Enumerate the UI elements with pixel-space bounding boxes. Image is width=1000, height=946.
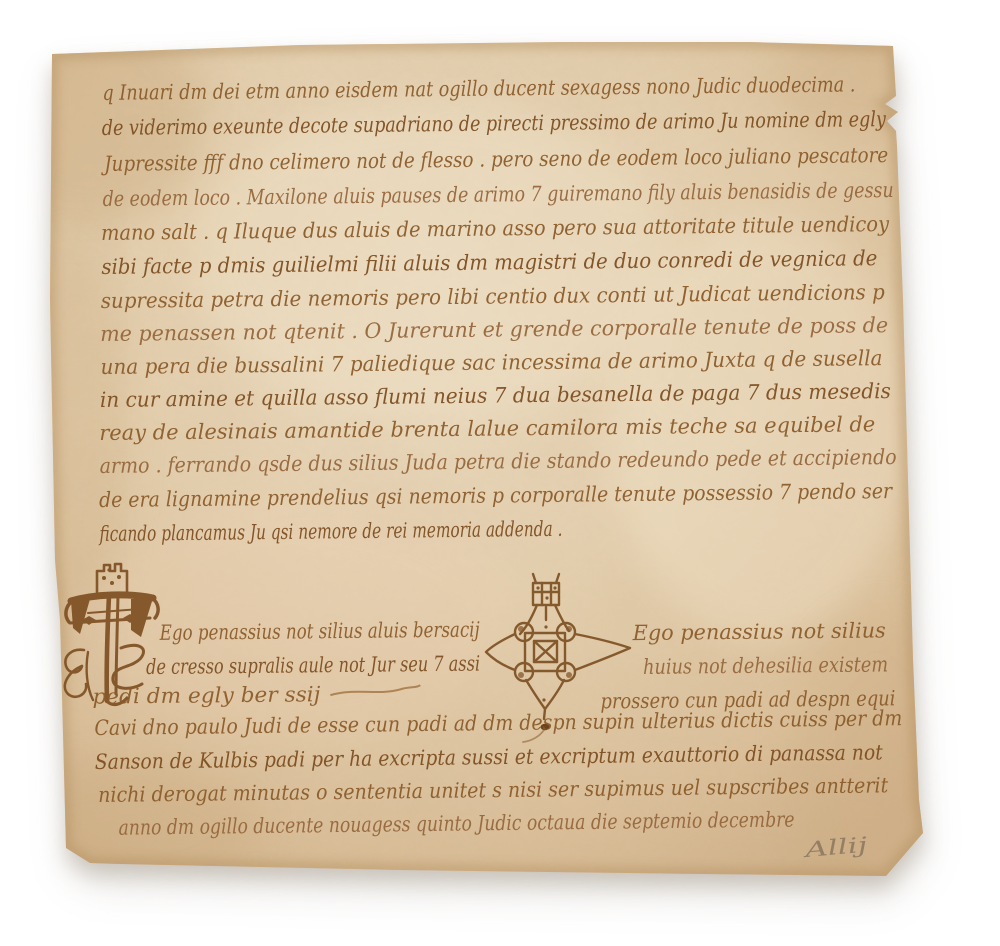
subscription-right-line-2: huius not dehesilia existem: [643, 652, 888, 679]
document-photo: q Inuari dm dei etm anno eisdem nat ogil…: [0, 0, 1000, 946]
subscription-right: Ego penassius not silius huius not dehes…: [600, 618, 896, 713]
subscription-right-line-1: Ego penassius not silius: [632, 618, 886, 645]
subscription-left-line-3: pedi dm egly ber ssij: [92, 682, 321, 708]
subscription-left-line-2: de cresso supralis aule not Jur seu 7 as…: [146, 652, 480, 679]
subscription-left-line-1: Ego penassius not silius aluis bersacij: [159, 618, 480, 645]
